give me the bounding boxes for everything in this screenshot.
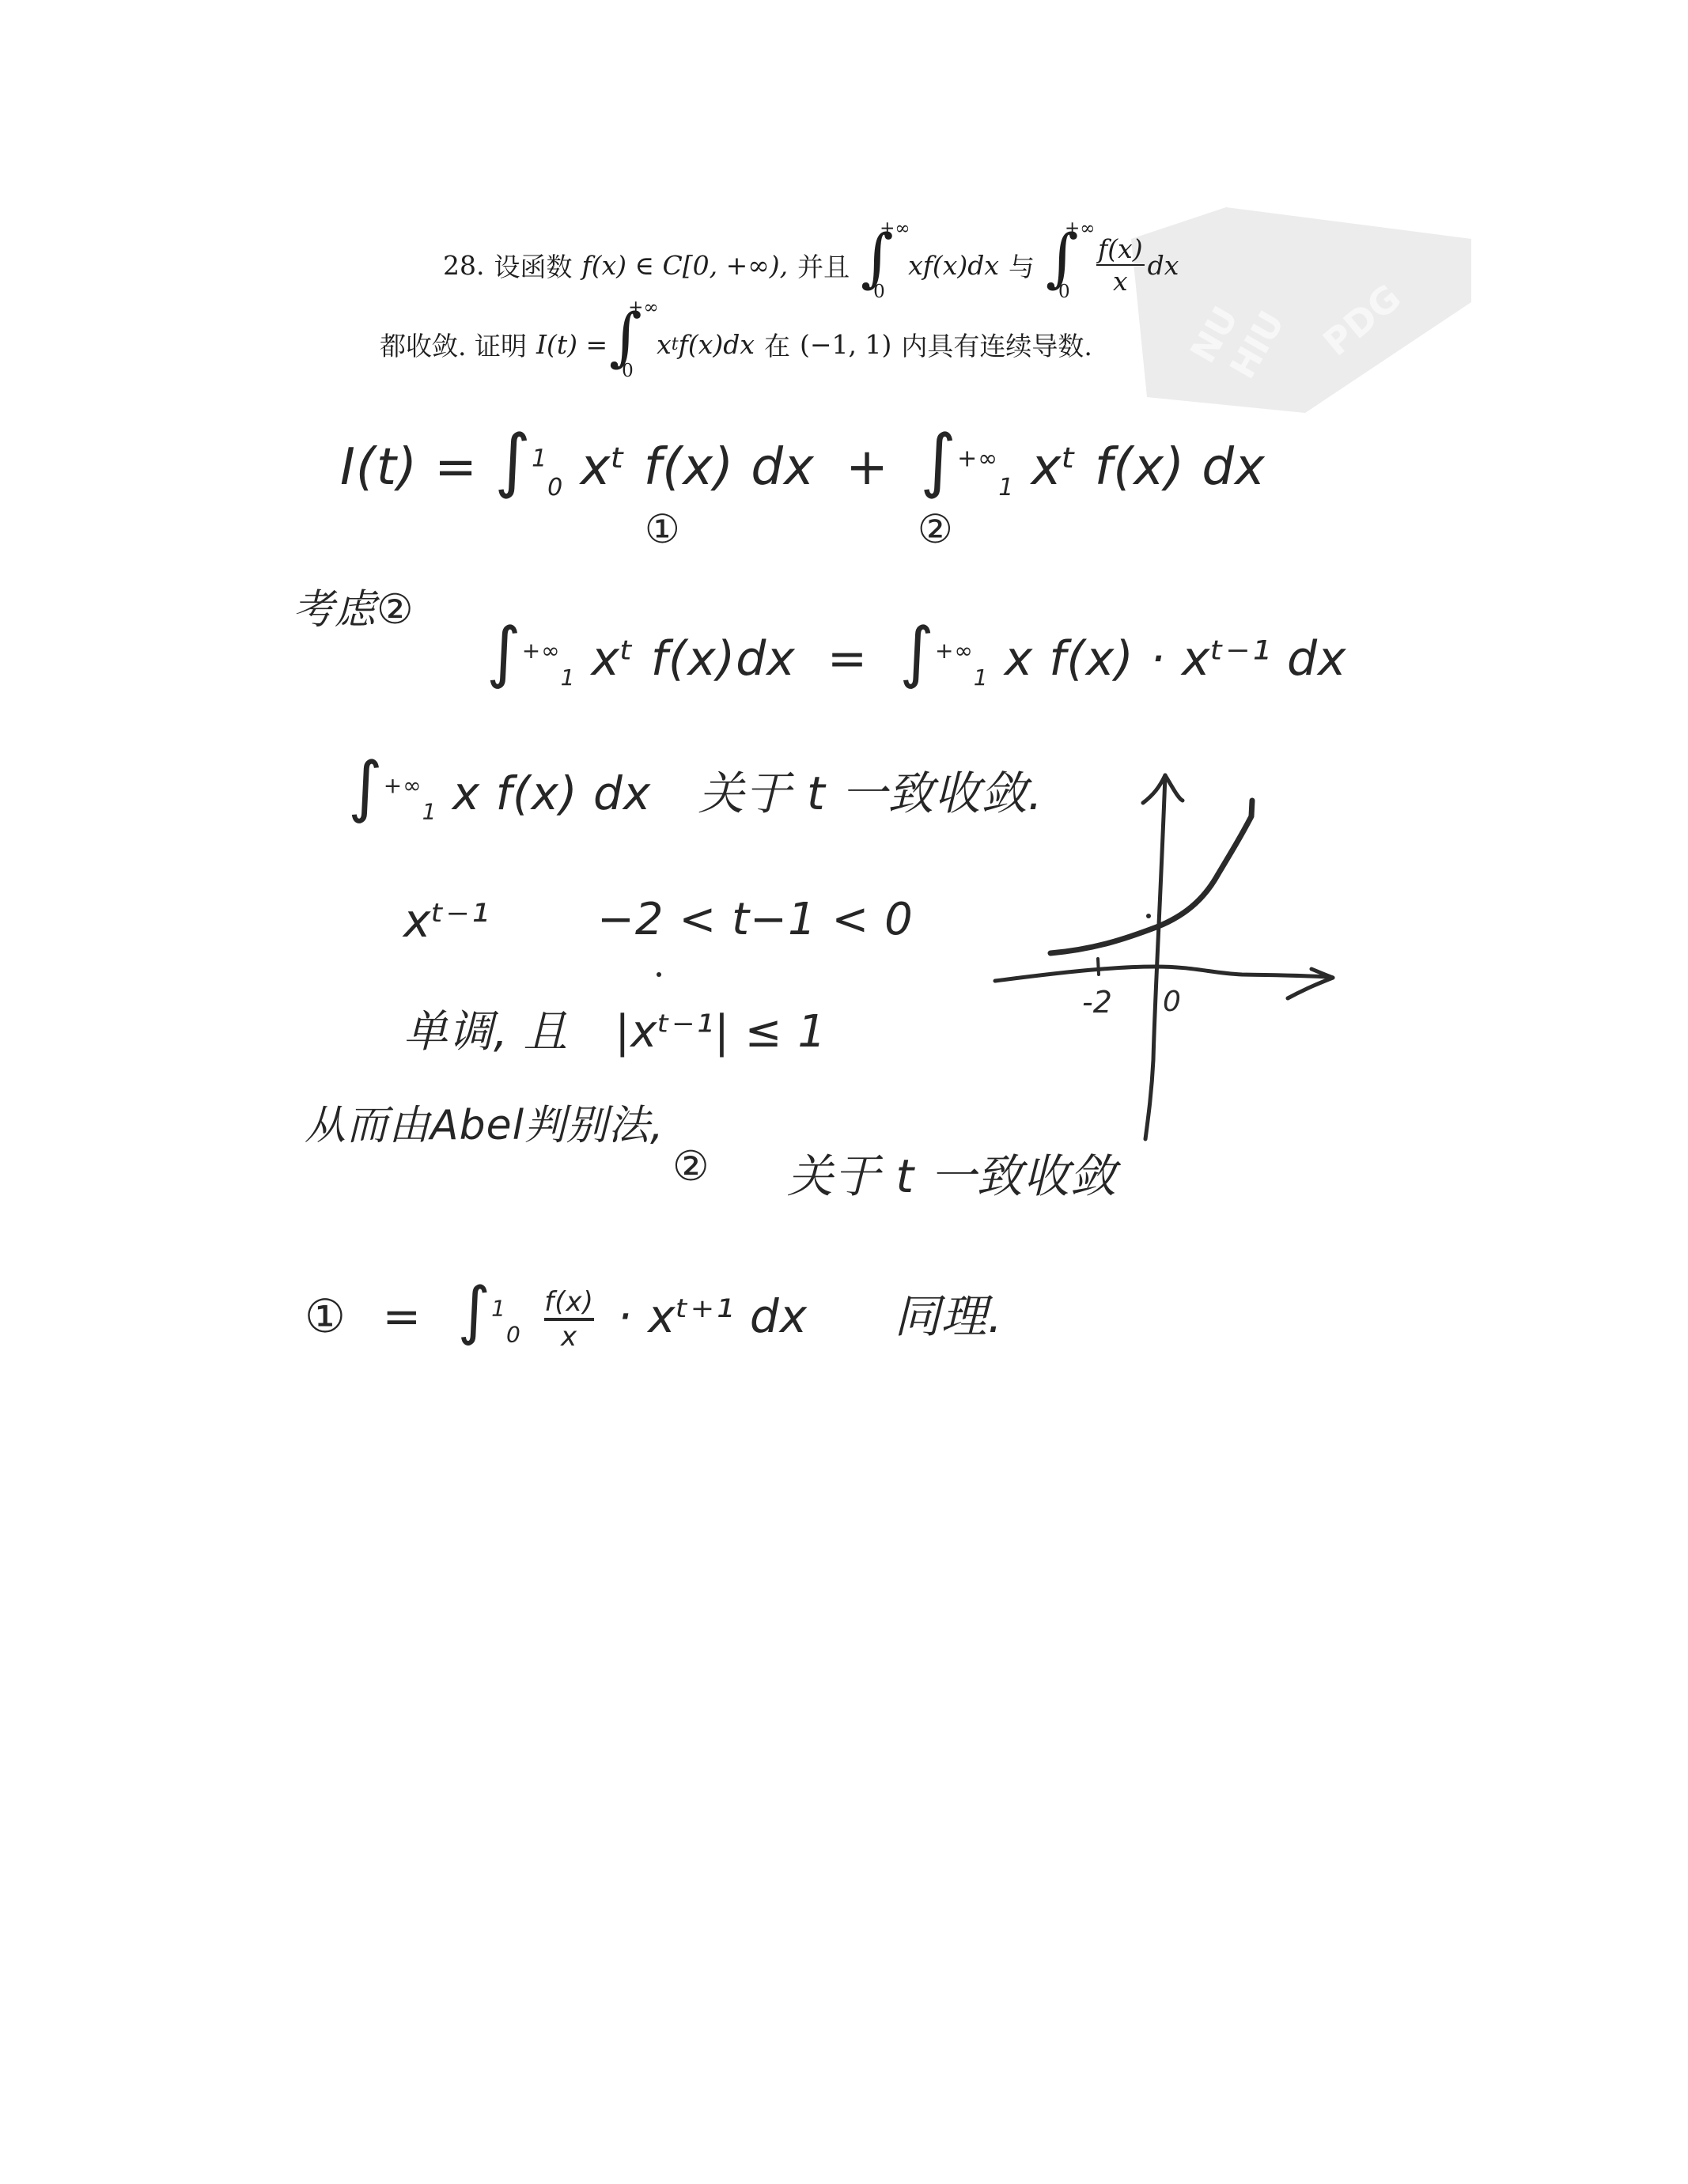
label-part-2: ②	[918, 506, 954, 552]
conclusion-text: 关于 t 一致收敛	[787, 1139, 1117, 1206]
solution-line-5: 单调, 且 |xᵗ⁻¹| ≤ 1	[403, 997, 827, 1060]
x-axis-arrowhead	[1288, 969, 1333, 998]
solution-line-4-expr: xᵗ⁻¹	[403, 894, 490, 948]
solution-line-4-condition: −2 < t−1 < 0	[597, 894, 914, 945]
solution-line-1: I(t) = ∫10 xᵗ f(x) dx + ∫+∞1 xᵗ f(x) dx	[340, 419, 1266, 502]
solution-line-2: ∫+∞1 xᵗ f(x)dx = ∫+∞1 x f(x) · xᵗ⁻¹ dx	[486, 613, 1347, 691]
growth-curve	[1050, 801, 1252, 953]
intercept-dot	[1146, 914, 1151, 918]
origin-label: 0	[1163, 986, 1181, 1018]
solution-line-7: ① = ∫10 f(x) x · xᵗ⁺¹ dx 同理.	[305, 1274, 1003, 1353]
y-axis	[1145, 775, 1165, 1139]
dot-mark	[657, 972, 661, 977]
x-axis	[995, 967, 1333, 981]
x-tick-minus-2	[1098, 959, 1099, 975]
solution-line-6: 从而由Abel判别法,	[305, 1092, 664, 1151]
solution-line-3: ∫+∞1 x f(x) dx 关于 t 一致收敛.	[348, 748, 1043, 825]
conclusion-label: ②	[672, 1143, 710, 1190]
document-page: NU HIU PDG 28. 设函数 f(x) ∈ C[0, +∞), 并且 ∫…	[0, 0, 1688, 2184]
x-tick-label: -2	[1082, 985, 1112, 1020]
y-axis-arrowhead	[1143, 775, 1183, 803]
label-part-1: ①	[645, 506, 681, 552]
handwritten-solution: I(t) = ∫10 xᵗ f(x) dx + ∫+∞1 xᵗ f(x) dx …	[0, 0, 1688, 2184]
consider-label: 考虑②	[293, 576, 414, 635]
graph-sketch: -2 0	[0, 0, 1688, 2184]
